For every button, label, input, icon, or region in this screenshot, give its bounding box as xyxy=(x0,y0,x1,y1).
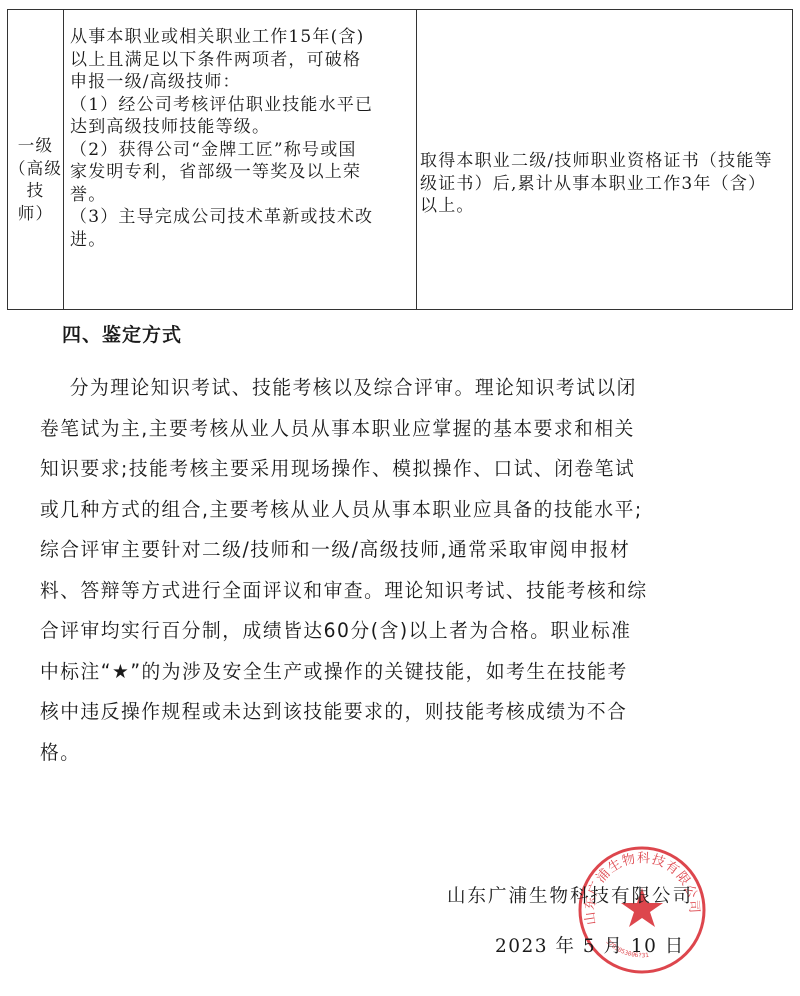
condition-line: 级证书）后,累计从事本职业工作3年（含） xyxy=(420,173,793,196)
paragraph-line: 中标注“★”的为涉及安全生产或操作的关键技能，如考生在技能考 xyxy=(40,652,750,693)
paragraph-line: 格。 xyxy=(40,733,750,774)
paragraph-line: 综合评审主要针对二级/技师和一级/高级技师,通常采取审阅申报材 xyxy=(40,530,750,571)
level-line: 一级 xyxy=(8,135,63,158)
requirement-line: 达到高级技师技能等级。 xyxy=(70,116,416,139)
requirement-line: （2）获得公司“金牌工匠”称号或国 xyxy=(70,139,416,162)
requirement-line: 进。 xyxy=(70,229,416,252)
paragraph-line: 料、答辩等方式进行全面评议和审查。理论知识考试、技能考核和综 xyxy=(40,571,750,612)
section-heading: 四、鉴定方式 xyxy=(62,320,182,347)
section-body: 分为理论知识考试、技能考核以及综合评审。理论知识考试以闭 卷笔试为主,主要考核从… xyxy=(40,368,750,773)
level-line: （高级技 xyxy=(8,158,63,203)
paragraph-line: 卷笔试为主,主要考核从业人员从事本职业应掌握的基本要求和相关 xyxy=(40,409,750,450)
requirement-line: （1）经公司考核评估职业技能水平已 xyxy=(70,94,416,117)
paragraph-line: 合评审均实行百分制，成绩皆达60分(含)以上者为合格。职业标准 xyxy=(40,611,750,652)
company-name: 山东广浦生物科技有限公司 xyxy=(447,882,693,908)
paragraph-line: 核中违反操作规程或未达到该技能要求的，则技能考核成绩为不合 xyxy=(40,692,750,733)
condition-line: 取得本职业二级/技师职业资格证书（技能等 xyxy=(420,150,793,173)
condition-line: 以上。 xyxy=(420,195,793,218)
requirement-line: 誉。 xyxy=(70,184,416,207)
requirement-line: 从事本职业或相关职业工作15年(含) xyxy=(70,26,416,49)
level-line: 师） xyxy=(8,203,63,226)
level-cell: 一级 （高级技 师） xyxy=(8,135,63,225)
requirement-line: 申报一级/高级技师： xyxy=(70,71,416,94)
conditions-cell: 取得本职业二级/技师职业资格证书（技能等 级证书）后,累计从事本职业工作3年（含… xyxy=(417,150,793,218)
paragraph-line: 分为理论知识考试、技能考核以及综合评审。理论知识考试以闭 xyxy=(40,368,750,409)
requirements-cell: 从事本职业或相关职业工作15年(含) 以上且满足以下条件两项者，可破格 申报一级… xyxy=(64,26,416,251)
qualification-table: 一级 （高级技 师） 从事本职业或相关职业工作15年(含) 以上且满足以下条件两… xyxy=(7,9,793,310)
requirement-line: 家发明专利，省部级一等奖及以上荣 xyxy=(70,161,416,184)
paragraph-line: 知识要求;技能考核主要采用现场操作、模拟操作、口试、闭卷笔试 xyxy=(40,449,750,490)
signature-date: 2023 年 5 月 10 日 xyxy=(495,932,685,958)
paragraph-line: 或几种方式的组合,主要考核从业人员从事本职业应具备的技能水平; xyxy=(40,490,750,531)
requirement-line: （3）主导完成公司技术革新或技术改 xyxy=(70,206,416,229)
requirement-line: 以上且满足以下条件两项者，可破格 xyxy=(70,49,416,72)
